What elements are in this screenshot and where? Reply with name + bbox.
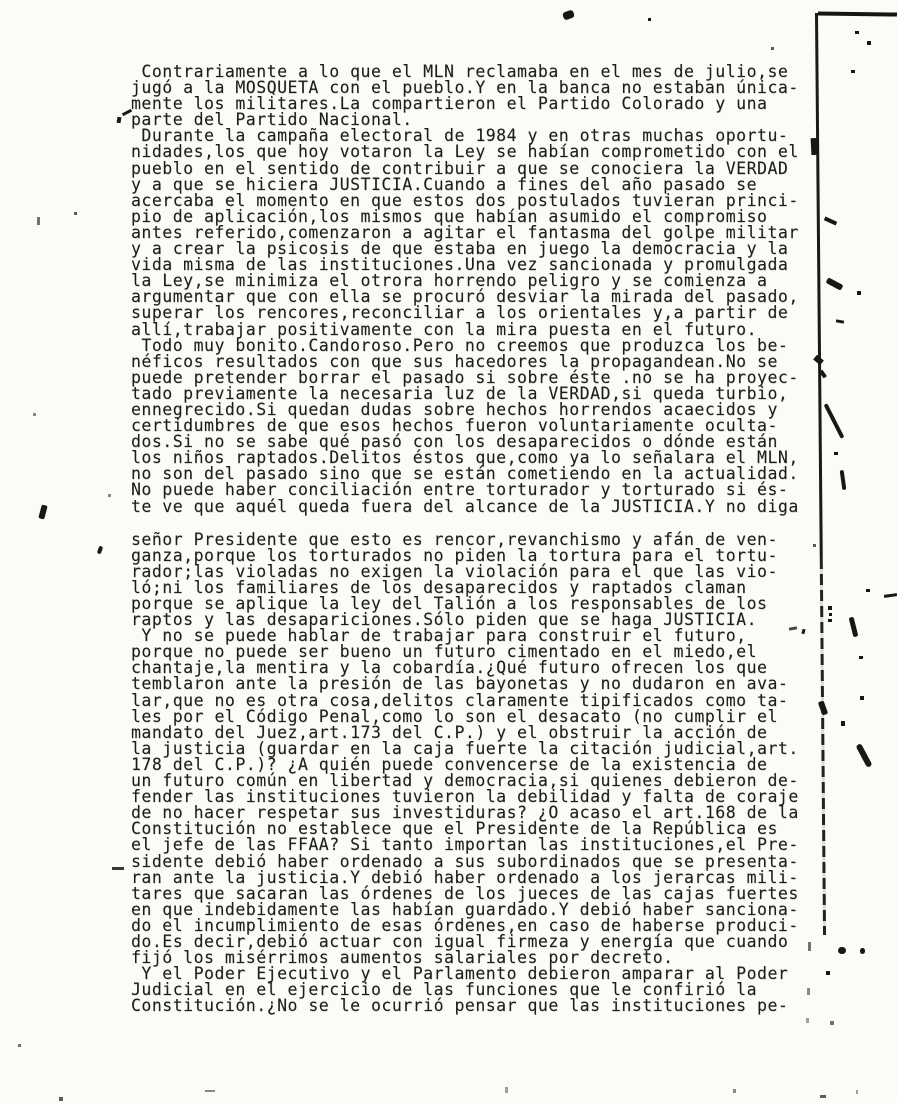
paragraph: Todo muy bonito.Candoroso.Pero no creemo…	[131, 338, 831, 515]
ink-speck	[884, 593, 897, 598]
ink-speck	[829, 613, 832, 616]
ink-speck	[841, 721, 845, 726]
ink-speck	[838, 947, 846, 954]
ink-speck	[771, 47, 774, 50]
ink-speck	[97, 546, 103, 555]
ink-speck	[830, 1021, 834, 1025]
ink-speck	[826, 971, 830, 975]
ink-speck	[867, 41, 871, 45]
ink-speck	[807, 988, 810, 995]
ink-speck	[857, 291, 861, 295]
paragraph: señor Presidente que esto es rencor,reva…	[131, 532, 831, 629]
ink-speck	[74, 212, 77, 215]
ink-speck	[505, 1087, 508, 1093]
ink-speck	[648, 18, 651, 21]
ink-speck	[836, 319, 844, 323]
paragraph: Y el Poder Ejecutivo y el Parlamento deb…	[131, 966, 831, 1014]
text-line: Constitución.¿No se le ocurrió pensar qu…	[131, 998, 831, 1014]
document-text: Contrariamente a lo que el MLN reclamaba…	[131, 64, 831, 1014]
ink-speck	[205, 1090, 215, 1092]
ink-speck	[733, 1089, 736, 1093]
ink-speck	[859, 656, 863, 659]
ink-speck	[18, 1044, 21, 1047]
ink-speck	[562, 9, 575, 20]
ink-speck	[808, 942, 811, 951]
ink-speck	[834, 452, 838, 455]
ink-speck	[813, 544, 816, 547]
ink-speck	[840, 470, 847, 490]
scan-border-top-line	[818, 11, 897, 16]
ink-speck	[855, 743, 872, 768]
ink-speck	[59, 1097, 63, 1101]
ink-speck	[108, 494, 111, 497]
ink-speck	[38, 504, 47, 519]
paragraph: Contrariamente a lo que el MLN reclamaba…	[131, 64, 831, 128]
paragraph: Y no se puede hablar de trabajar para co…	[131, 628, 831, 966]
ink-speck	[33, 413, 36, 416]
text-line: te ve que aquél queda fuera del alcance …	[131, 499, 831, 515]
ink-speck	[117, 117, 122, 124]
scanned-document-page: Contrariamente a lo que el MLN reclamaba…	[0, 0, 897, 1103]
ink-speck	[860, 696, 864, 700]
ink-speck	[866, 589, 870, 592]
ink-speck	[806, 1018, 809, 1023]
ink-speck	[811, 138, 819, 155]
ink-speck	[828, 606, 832, 610]
ink-speck	[37, 217, 40, 225]
ink-speck	[855, 31, 859, 34]
ink-speck	[849, 617, 859, 638]
ink-speck	[112, 867, 124, 870]
ink-speck	[851, 70, 855, 73]
paragraph: Durante la campaña electoral de 1984 y e…	[131, 128, 831, 337]
ink-speck	[860, 948, 865, 954]
ink-speck	[828, 619, 832, 622]
ink-speck	[856, 1090, 858, 1094]
ink-speck	[820, 1095, 826, 1098]
